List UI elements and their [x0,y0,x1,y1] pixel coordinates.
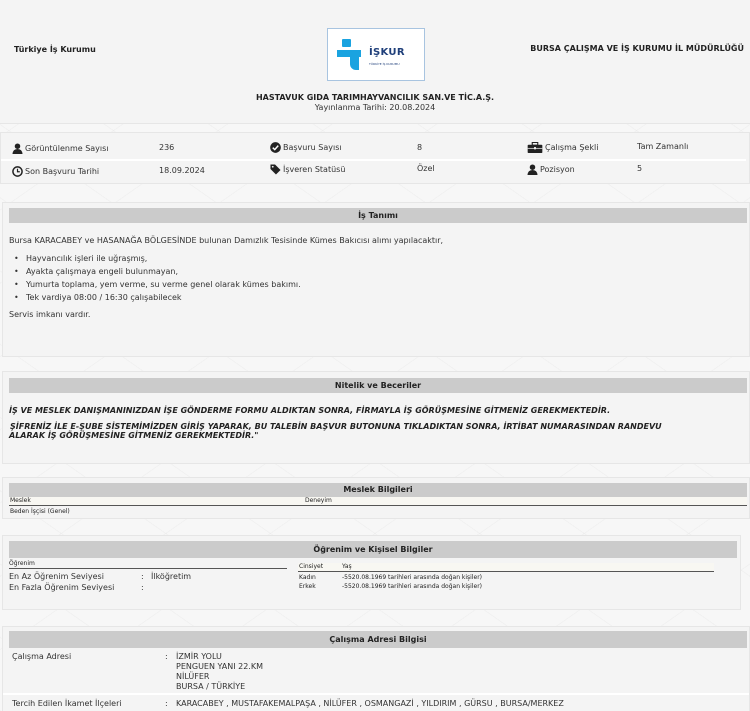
stats-row: Son Başvuru Tarihi 18.09.2024 İşveren St… [1,161,750,185]
deadline-stat: Son Başvuru Tarihi [12,166,99,177]
section-title: Öğrenim ve Kişisel Bilgiler [9,541,737,558]
job-stats: Görüntülenme Sayısı 236 Başvuru Sayısı 8… [0,132,750,184]
min-education-label: En Az Öğrenim Seviyesi [9,572,104,581]
list-item: Yumurta toplama, yem verme, su verme gen… [26,280,301,289]
work-type-stat: Çalışma Şekli [527,142,598,153]
list-item: Ayakta çalışmaya engeli bulunmayan, [26,267,178,276]
section-title: İş Tanımı [9,208,747,223]
company-name: HASTAVUK GIDA TARIMHAYVANCILIK SAN.VE Tİ… [0,93,750,102]
tag-icon [270,164,281,175]
table-row-age: -5520.08.1969 tarihleri arasında doğan k… [342,583,482,590]
logo-subtitle: TÜRKİYE İŞ KURUMU [369,62,400,66]
positions-value: 5 [637,164,642,173]
views-value: 236 [159,143,174,152]
education-section: Öğrenim ve Kişisel Bilgiler Öğrenim En A… [2,535,741,610]
districts-label: Tercih Edilen İkamet İlçeleri [12,699,122,708]
skills-line: ALARAK İŞ GÖRÜŞMESİNE GİTMENİZ GEREKMEKT… [9,431,258,440]
applications-stat: Başvuru Sayısı [270,142,342,153]
stats-row: Görüntülenme Sayısı 236 Başvuru Sayısı 8… [1,137,750,161]
personal-table-header: Cinsiyet Yaş [298,563,714,572]
employer-stat: İşveren Statüsü [270,164,345,175]
skills-line: İŞ VE MESLEK DANIŞMANINIZDAN İŞE GÖNDERM… [9,406,610,415]
skills-section: Nitelik ve Beceriler İŞ VE MESLEK DANIŞM… [2,371,750,464]
applications-value: 8 [417,143,422,152]
districts-value: KARACABEY , MUSTAFAKEMALPAŞA , NİLÜFER ,… [176,699,564,708]
section-title: Nitelik ve Beceriler [9,378,747,393]
org-name-right: BURSA ÇALIŞMA VE İŞ KURUMU İL MÜDÜRLÜĞÜ [524,44,744,54]
clock-icon [12,166,23,177]
address-section: Çalışma Adresi Bilgisi Çalışma Adresi : … [2,626,750,711]
table-row-gender: Kadın [299,574,316,581]
employer-value: Özel [417,164,435,173]
work-type-value: Tam Zamanlı [637,142,688,151]
briefcase-icon [527,142,543,153]
table-row-gender: Erkek [299,583,316,590]
table-row: Beden İşçisi (Genel) [10,508,70,515]
user-icon [12,143,23,154]
section-title: Meslek Bilgileri [9,483,747,497]
work-address-label: Çalışma Adresi [12,652,71,661]
address-line: İZMİR YOLU [176,652,222,661]
job-footer: Servis imkanı vardır. [9,310,90,319]
skills-line: ŞİFRENİZ İLE E-ŞUBE SİSTEMİMİZDEN GİRİŞ … [10,422,662,431]
table-row-age: -5520.08.1969 tarihleri arasında doğan k… [342,574,482,581]
views-stat: Görüntülenme Sayısı [12,143,109,154]
org-name-left: Türkiye İş Kurumu [14,45,96,54]
address-line: NİLÜFER [176,672,209,681]
job-intro: Bursa KARACABEY ve HASANAĞA BÖLGESİNDE b… [9,236,443,245]
list-item: Tek vardiya 08:00 / 16:30 çalışabilecek [26,293,182,302]
list-item: Hayvancılık işleri ile uğraşmış, [26,254,147,263]
education-header: Öğrenim [9,560,287,569]
address-line: BURSA / TÜRKİYE [176,682,245,691]
iskur-logo: İŞKUR TÜRKİYE İŞ KURUMU [327,28,425,81]
check-circle-icon [270,142,281,153]
occupation-section: Meslek Bilgileri Meslek Deneyim Beden İş… [2,477,750,519]
published-date: Yayınlanma Tarihi: 20.08.2024 [0,103,750,112]
deadline-value: 18.09.2024 [159,166,205,175]
logo-brand: İŞKUR [369,47,405,58]
positions-stat: Pozisyon [527,164,575,175]
user-icon [527,164,538,175]
address-line: PENGUEN YANI 22.KM [176,662,263,671]
logo-dot-icon [342,39,351,47]
job-description-section: İş Tanımı Bursa KARACABEY ve HASANAĞA BÖ… [2,202,750,357]
occupation-table-header: Meslek Deneyim [9,497,747,506]
min-education-value: İlköğretim [151,572,191,581]
section-title: Çalışma Adresi Bilgisi [9,631,747,648]
max-education-label: En Fazla Öğrenim Seviyesi [9,583,114,592]
divider [3,693,749,695]
